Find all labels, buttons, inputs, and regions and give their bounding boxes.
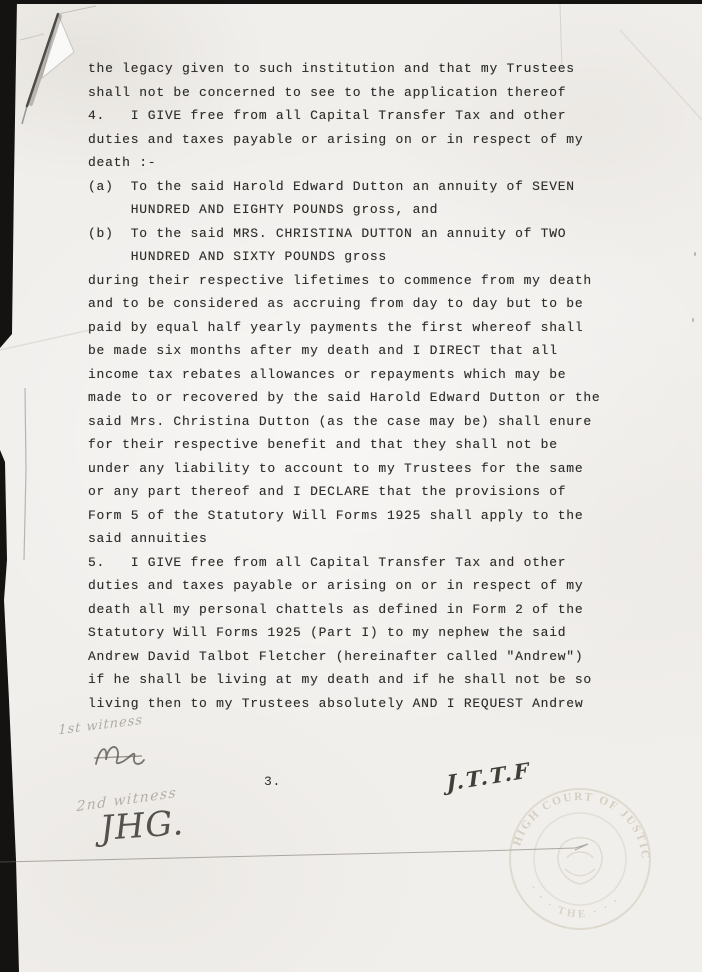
body-text: the legacy given to such institution and… — [88, 57, 648, 715]
paper-speck — [692, 318, 694, 322]
text-line: HUNDRED AND SIXTY POUNDS gross — [88, 245, 648, 269]
text-line: the legacy given to such institution and… — [88, 57, 648, 81]
text-line: if he shall be living at my death and if… — [88, 668, 648, 692]
text-line: living then to my Trustees absolutely AN… — [88, 692, 648, 716]
text-line: Form 5 of the Statutory Will Forms 1925 … — [88, 504, 648, 528]
text-line: or any part thereof and I DECLARE that t… — [88, 480, 648, 504]
text-line: death all my personal chattels as define… — [88, 598, 648, 622]
text-line: duties and taxes payable or arising on o… — [88, 128, 648, 152]
seal-top-text: HIGH COURT OF JUSTICE — [495, 774, 651, 861]
seal-bottom-text: · · · THE · · · — [527, 883, 623, 920]
text-line: under any liability to account to my Tru… — [88, 457, 648, 481]
text-line: and to be considered as accruing from da… — [88, 292, 648, 316]
paper-speck — [694, 252, 696, 256]
text-line: 5. I GIVE free from all Capital Transfer… — [88, 551, 648, 575]
scanned-document-page: the legacy given to such institution and… — [0, 0, 702, 972]
embossed-court-seal: HIGH COURT OF JUSTICE · · · THE · · · — [495, 774, 665, 944]
svg-text:HIGH COURT OF JUSTICE: HIGH COURT OF JUSTICE — [495, 774, 651, 861]
text-line: HUNDRED AND EIGHTY POUNDS gross, and — [88, 198, 648, 222]
second-witness-initials: JHG. — [99, 803, 186, 849]
text-line: 4. I GIVE free from all Capital Transfer… — [88, 104, 648, 128]
text-line: paid by equal half yearly payments the f… — [88, 316, 648, 340]
seal-crest — [558, 838, 602, 884]
text-line: made to or recovered by the said Harold … — [88, 386, 648, 410]
text-line: death :- — [88, 151, 648, 175]
text-line: (a) To the said Harold Edward Dutton an … — [88, 175, 648, 199]
text-line: Andrew David Talbot Fletcher (hereinafte… — [88, 645, 648, 669]
text-line: said Mrs. Christina Dutton (as the case … — [88, 410, 648, 434]
text-line: during their respective lifetimes to com… — [88, 269, 648, 293]
text-line: said annuities — [88, 527, 648, 551]
text-line: (b) To the said MRS. CHRISTINA DUTTON an… — [88, 222, 648, 246]
text-line: Statutory Will Forms 1925 (Part I) to my… — [88, 621, 648, 645]
first-witness-initials-scribble — [92, 738, 152, 774]
text-line: be made six months after my death and I … — [88, 339, 648, 363]
page-number: 3. — [264, 774, 281, 789]
text-line: for their respective benefit and that th… — [88, 433, 648, 457]
svg-text:· · · THE · · ·: · · · THE · · · — [527, 883, 623, 920]
text-line: duties and taxes payable or arising on o… — [88, 574, 648, 598]
text-line: income tax rebates allowances or repayme… — [88, 363, 648, 387]
text-line: shall not be concerned to see to the app… — [88, 81, 648, 105]
